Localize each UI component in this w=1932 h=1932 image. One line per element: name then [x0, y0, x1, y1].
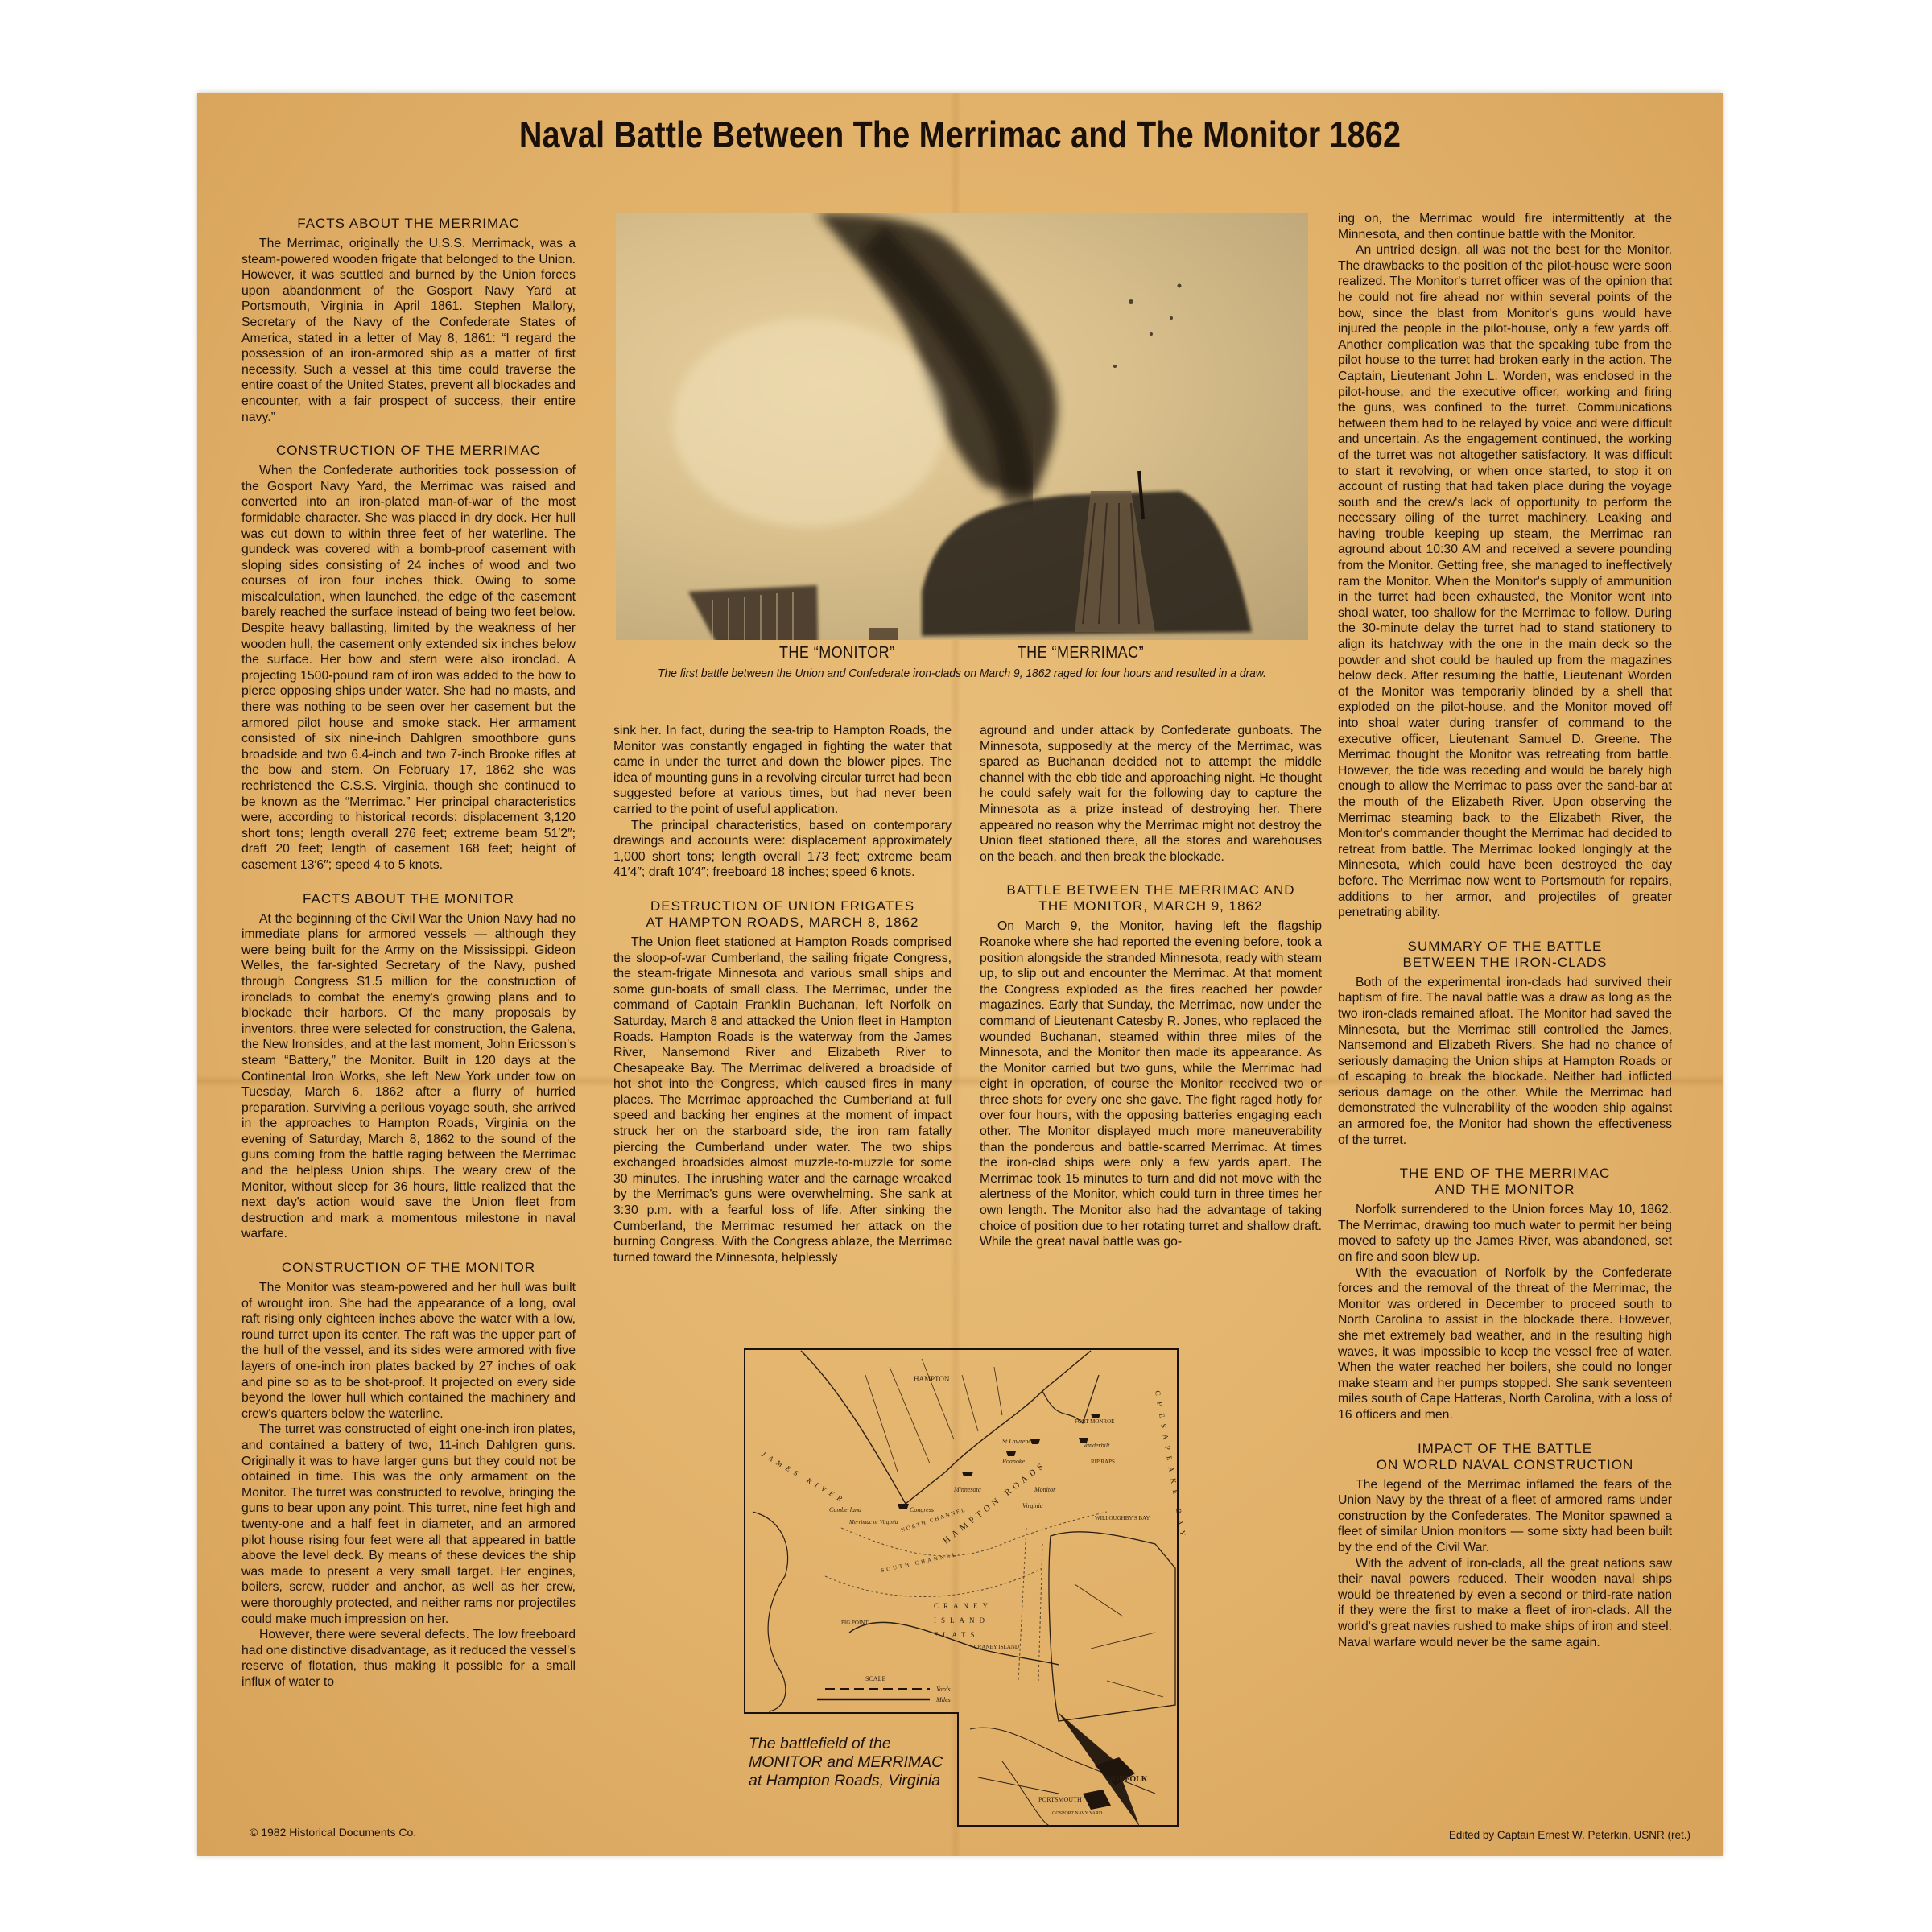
svg-text:Virginia: Virginia: [1022, 1502, 1043, 1509]
svg-text:Miles: Miles: [935, 1696, 951, 1703]
paragraph: When the Confederate authorities took po…: [242, 463, 576, 873]
svg-text:ISLAND: ISLAND: [934, 1616, 989, 1624]
paragraph: ing on, the Merrimac would fire intermit…: [1338, 211, 1672, 242]
svg-text:Merrimac or Virginia: Merrimac or Virginia: [848, 1519, 898, 1525]
paragraph: Norfolk surrendered to the Union forces …: [1338, 1202, 1672, 1265]
paragraph: At the beginning of the Civil War the Un…: [242, 911, 576, 1242]
heading-construction-merrimac: CONSTRUCTION OF THE MERRIMAC: [242, 443, 576, 459]
label-merrimac: THE “MERRIMAC”: [1018, 644, 1144, 663]
paragraph: The turret was constructed of eight one-…: [242, 1422, 576, 1627]
svg-text:Roanoke: Roanoke: [1001, 1458, 1025, 1465]
svg-text:Yards: Yards: [936, 1686, 951, 1693]
map-caption: The battlefield of the MONITOR and MERRI…: [749, 1735, 966, 1790]
svg-text:PORTSMOUTH: PORTSMOUTH: [1038, 1796, 1082, 1803]
svg-text:Congress: Congress: [910, 1506, 934, 1513]
svg-text:FLATS: FLATS: [934, 1631, 980, 1639]
svg-text:CRANEY ISLAND: CRANEY ISLAND: [974, 1644, 1019, 1650]
svg-text:FORT MONROE: FORT MONROE: [1075, 1418, 1114, 1425]
paragraph: With the evacuation of Norfolk by the Co…: [1338, 1265, 1672, 1423]
svg-text:Vanderbilt: Vanderbilt: [1083, 1442, 1110, 1449]
battle-engraving-image: [616, 213, 1308, 640]
middle-right-column: aground and under attack by Confederate …: [980, 723, 1322, 1250]
copyright-notice: © 1982 Historical Documents Co.: [250, 1826, 416, 1839]
editor-credit: Edited by Captain Ernest W. Peterkin, US…: [1449, 1829, 1690, 1841]
heading-summary: SUMMARY OF THE BATTLEBETWEEN THE IRON-CL…: [1338, 939, 1672, 971]
svg-text:SCALE: SCALE: [865, 1675, 885, 1682]
heading-impact: IMPACT OF THE BATTLEON WORLD NAVAL CONST…: [1338, 1441, 1672, 1473]
svg-text:CHESAPEAKE BAY: CHESAPEAKE BAY: [1154, 1390, 1187, 1543]
svg-text:CRANEY: CRANEY: [934, 1602, 993, 1610]
heading-destruction-frigates: DESTRUCTION OF UNION FRIGATESAT HAMPTON …: [613, 898, 952, 931]
heading-facts-monitor: FACTS ABOUT THE MONITOR: [242, 891, 576, 907]
paragraph: The Monitor was steam-powered and her hu…: [242, 1280, 576, 1422]
svg-text:SOUTH CHANNEL: SOUTH CHANNEL: [881, 1551, 959, 1574]
svg-text:NORFOLK: NORFOLK: [1107, 1775, 1148, 1784]
svg-text:Monitor: Monitor: [1034, 1486, 1056, 1493]
paragraph: The legend of the Merrimac inflamed the …: [1338, 1477, 1672, 1556]
middle-left-column: sink her. In fact, during the sea-trip t…: [613, 723, 952, 1265]
heading-battle: BATTLE BETWEEN THE MERRIMAC ANDTHE MONIT…: [980, 882, 1322, 914]
svg-text:Cumberland: Cumberland: [829, 1506, 862, 1513]
paragraph: aground and under attack by Confederate …: [980, 723, 1322, 865]
heading-facts-merrimac: FACTS ABOUT THE MERRIMAC: [242, 216, 576, 232]
svg-text:WILLOUGHBY'S BAY: WILLOUGHBY'S BAY: [1095, 1515, 1150, 1521]
paragraph: With the advent of iron-clads, all the g…: [1338, 1556, 1672, 1651]
svg-text:GOSPORT NAVY YARD: GOSPORT NAVY YARD: [1052, 1811, 1103, 1816]
svg-text:Minnesota: Minnesota: [953, 1486, 981, 1493]
document-title: Naval Battle Between The Merrimac and Th…: [304, 113, 1616, 156]
paragraph: An untried design, all was not the best …: [1338, 242, 1672, 921]
paragraph: The Merrimac, originally the U.S.S. Merr…: [242, 236, 576, 425]
svg-text:RIP RAPS: RIP RAPS: [1091, 1459, 1115, 1465]
paragraph: The principal characteristics, based on …: [613, 818, 952, 881]
paragraph: The Union fleet stationed at Hampton Roa…: [613, 935, 952, 1265]
svg-text:JAMES RIVER: JAMES RIVER: [760, 1450, 848, 1505]
paragraph: sink her. In fact, during the sea-trip t…: [613, 723, 952, 818]
paragraph: On March 9, the Monitor, having left the…: [980, 919, 1322, 1249]
left-column: FACTS ABOUT THE MERRIMAC The Merrimac, o…: [242, 216, 576, 1690]
svg-text:PIG POINT: PIG POINT: [841, 1620, 869, 1626]
heading-end: THE END OF THE MERRIMACAND THE MONITOR: [1338, 1166, 1672, 1198]
engraving-caption: The first battle between the Union and C…: [643, 666, 1280, 681]
right-column: ing on, the Merrimac would fire intermit…: [1338, 211, 1672, 1650]
paragraph: Both of the experimental iron-clads had …: [1338, 975, 1672, 1149]
svg-text:St Lawrence: St Lawrence: [1002, 1438, 1034, 1445]
heading-construction-monitor: CONSTRUCTION OF THE MONITOR: [242, 1260, 576, 1276]
paragraph: However, there were several defects. The…: [242, 1627, 576, 1690]
svg-text:HAMPTON: HAMPTON: [914, 1375, 950, 1383]
label-monitor: THE “MONITOR”: [779, 644, 895, 663]
